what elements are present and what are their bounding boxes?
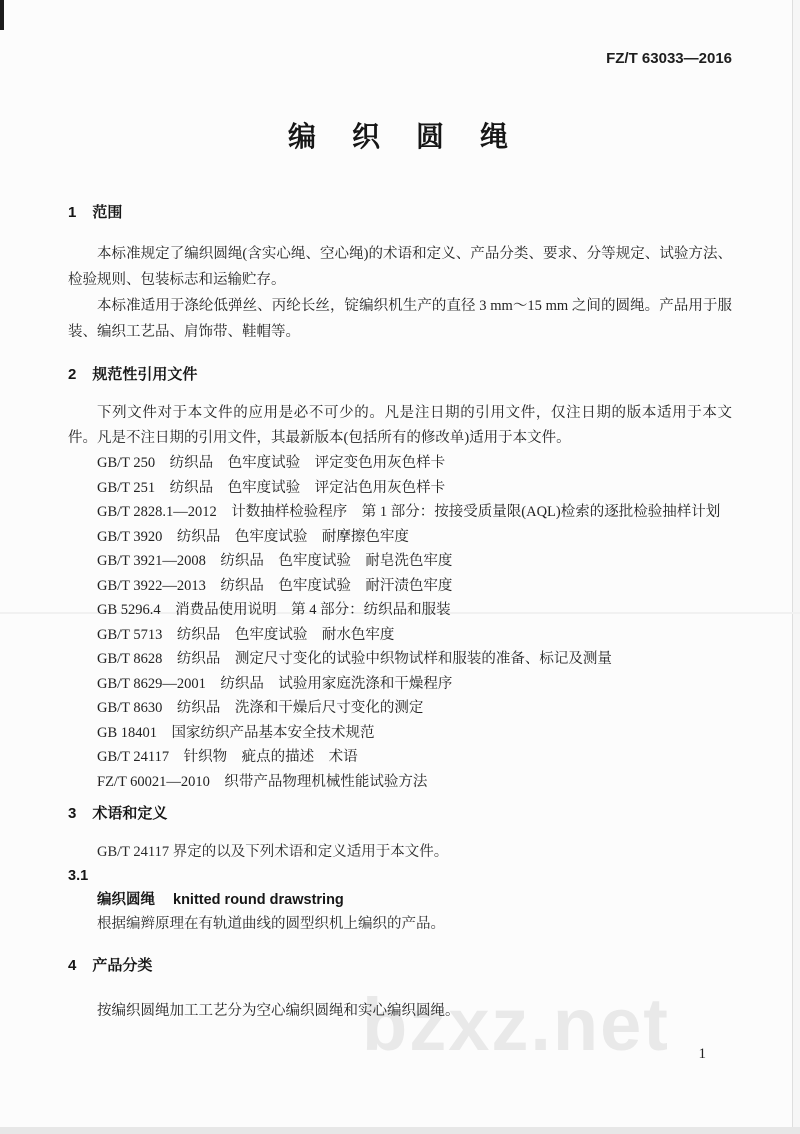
page-content: FZ/T 63033—2016 编 织 圆 绳 1范围 本标准规定了编织圆绳(含…: [0, 0, 800, 1024]
document-title: 编 织 圆 绳: [68, 117, 732, 157]
reference-entry: GB/T 8629—2001 纺织品 试验用家庭洗涤和干燥程序: [68, 672, 732, 697]
reference-entry: GB/T 8630 纺织品 洗涤和干燥后尺寸变化的测定: [68, 696, 732, 721]
section-2-number: 2: [68, 366, 76, 383]
reference-entry: FZ/T 60021—2010 织带产品物理机械性能试验方法: [68, 770, 732, 795]
term-en: knitted round drawstring: [173, 892, 344, 908]
scanned-standard-page: bzxz.net FZ/T 63033—2016 编 织 圆 绳 1范围 本标准…: [0, 0, 800, 1134]
reference-entry: GB/T 24117 针织物 疵点的描述 术语: [68, 745, 732, 770]
section-4-heading: 4产品分类: [68, 956, 732, 976]
section-3-intro: GB/T 24117 界定的以及下列术语和定义适用于本文件。: [68, 840, 732, 864]
reference-entry: GB 5296.4 消费品使用说明 第 4 部分：纺织品和服装: [68, 598, 732, 623]
reference-entry: GB/T 250 纺织品 色牢度试验 评定变色用灰色样卡: [68, 451, 732, 476]
term-zh: 编织圆绳: [97, 892, 155, 908]
reference-entry: GB 18401 国家纺织产品基本安全技术规范: [68, 721, 732, 746]
scan-bottom-strip: [0, 1127, 800, 1134]
terms-and-definitions: GB/T 24117 界定的以及下列术语和定义适用于本文件。 3.1 编织圆绳k…: [68, 840, 732, 936]
section-4-title: 产品分类: [92, 957, 152, 974]
reference-entry: GB/T 3920 纺织品 色牢度试验 耐摩擦色牢度: [68, 525, 732, 550]
reference-entry: GB/T 251 纺织品 色牢度试验 评定沾色用灰色样卡: [68, 476, 732, 501]
section-4-paragraph: 按编织圆绳加工工艺分为空心编织圆绳和实心编织圆绳。: [68, 998, 732, 1024]
section-2-intro-wrap: 下列文件对于本文件的应用是必不可少的。凡是注日期的引用文件，仅注日期的版本适用于…: [68, 401, 732, 451]
term-entry: 编织圆绳knitted round drawstring: [68, 888, 732, 912]
standard-code: FZ/T 63033—2016: [68, 0, 732, 67]
section-2-title: 规范性引用文件: [92, 366, 197, 383]
reference-entry: GB/T 8628 纺织品 测定尺寸变化的试验中织物试样和服装的准备、标记及测量: [68, 647, 732, 672]
section-4-number: 4: [68, 957, 76, 974]
section-3-number: 3: [68, 805, 76, 822]
section-3-title: 术语和定义: [92, 805, 167, 822]
scan-corner-artifact: [0, 0, 4, 30]
body-paragraph: 本标准适用于涤纶低弹丝、丙纶长丝，锭编织机生产的直径 3 mm～15 mm 之间…: [68, 293, 732, 345]
reference-entry: GB/T 3921—2008 纺织品 色牢度试验 耐皂洗色牢度: [68, 549, 732, 574]
section-1-title: 范围: [92, 204, 122, 221]
section-1-number: 1: [68, 204, 76, 221]
reference-entry: GB/T 5713 纺织品 色牢度试验 耐水色牢度: [68, 623, 732, 648]
section-1-heading: 1范围: [68, 203, 732, 223]
section-4-paragraph-wrap: 按编织圆绳加工工艺分为空心编织圆绳和实心编织圆绳。: [68, 998, 732, 1024]
term-definition: 根据编辫原理在有轨道曲线的圆型织机上编织的产品。: [68, 912, 732, 936]
section-2-heading: 2规范性引用文件: [68, 365, 732, 385]
section-1-paragraphs: 本标准规定了编织圆绳(含实心绳、空心绳)的术语和定义、产品分类、要求、分等规定、…: [68, 241, 732, 345]
page-number: 1: [699, 1046, 707, 1063]
section-3-heading: 3术语和定义: [68, 804, 732, 824]
normative-references-list: GB/T 250 纺织品 色牢度试验 评定变色用灰色样卡GB/T 251 纺织品…: [68, 451, 732, 794]
reference-entry: GB/T 2828.1—2012 计数抽样检验程序 第 1 部分：按接受质量限(…: [68, 500, 732, 525]
section-2-intro: 下列文件对于本文件的应用是必不可少的。凡是注日期的引用文件，仅注日期的版本适用于…: [68, 401, 732, 451]
term-number: 3.1: [68, 864, 732, 888]
reference-entry: GB/T 3922—2013 纺织品 色牢度试验 耐汗渍色牢度: [68, 574, 732, 599]
body-paragraph: 本标准规定了编织圆绳(含实心绳、空心绳)的术语和定义、产品分类、要求、分等规定、…: [68, 241, 732, 293]
